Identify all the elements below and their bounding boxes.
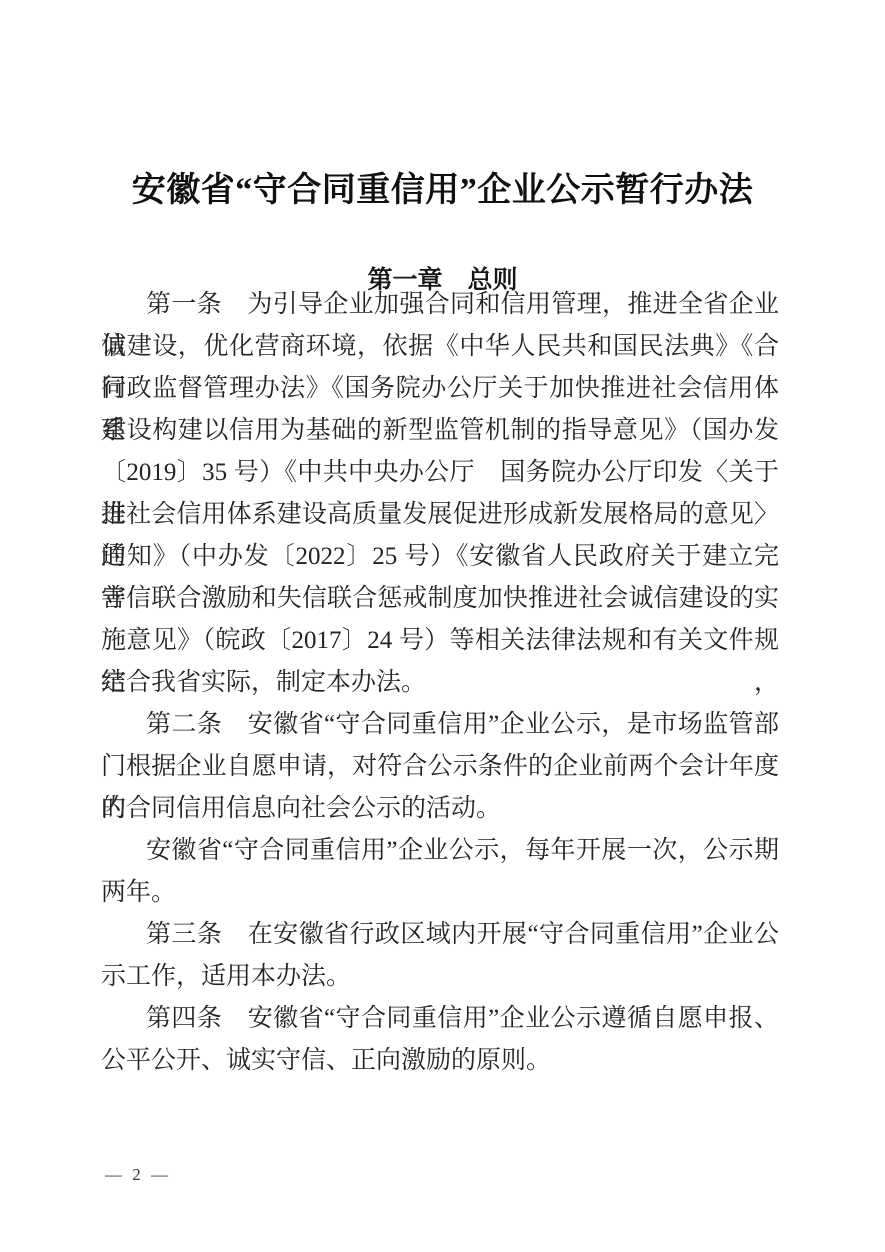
body-line: 行政监督管理办法》《国务院办公厅关于加快推进社会信用体系 (101, 368, 779, 410)
body-line: 守信联合激励和失信联合惩戒制度加快推进社会诚信建设的实 (101, 578, 779, 620)
body-line: 的合同信用信息向社会公示的活动。 (101, 788, 779, 830)
body-line: 示工作，适用本办法。 (101, 956, 779, 998)
body-line: 〔2019〕35 号）《中共中央办公厅 国务院办公厅印发〈关于推 (101, 452, 779, 494)
document-title: 安徽省“守合同重信用”企业公示暂行办法 (0, 167, 885, 215)
body-line: 两年。 (101, 872, 779, 914)
body-line: 门根据企业自愿申请，对符合公示条件的企业前两个会计年度内 (101, 746, 779, 788)
body-line: 第三条 在安徽省行政区域内开展“守合同重信用”企业公 (101, 914, 779, 956)
body-line: 第一条 为引导企业加强合同和信用管理，推进全省企业诚 (101, 284, 779, 326)
body-line: 安徽省“守合同重信用”企业公示，每年开展一次，公示期 (101, 830, 779, 872)
document-page: 安徽省“守合同重信用”企业公示暂行办法 第一章 总则 第一条 为引导企业加强合同… (0, 0, 885, 1252)
body-line: 第四条 安徽省“守合同重信用”企业公示遵循自愿申报、 (101, 998, 779, 1040)
body-line: 施意见》（皖政〔2017〕24 号）等相关法律法规和有关文件规定， (101, 620, 779, 662)
page-number: — 2 — (105, 1163, 171, 1187)
body-line: 公平公开、诚实守信、正向激励的原则。 (101, 1040, 779, 1082)
body-line: 通知》（中办发〔2022〕25 号）《安徽省人民政府关于建立完善 (101, 536, 779, 578)
body-text: 第一条 为引导企业加强合同和信用管理，推进全省企业诚信建设，优化营商环境，依据《… (101, 284, 779, 1082)
body-line: 进社会信用体系建设高质量发展促进形成新发展格局的意见〉的 (101, 494, 779, 536)
body-line: 建设构建以信用为基础的新型监管机制的指导意见》（国办发 (101, 410, 779, 452)
body-line: 信建设，优化营商环境，依据《中华人民共和国民法典》《合同 (101, 326, 779, 368)
body-line: 第二条 安徽省“守合同重信用”企业公示，是市场监管部 (101, 704, 779, 746)
